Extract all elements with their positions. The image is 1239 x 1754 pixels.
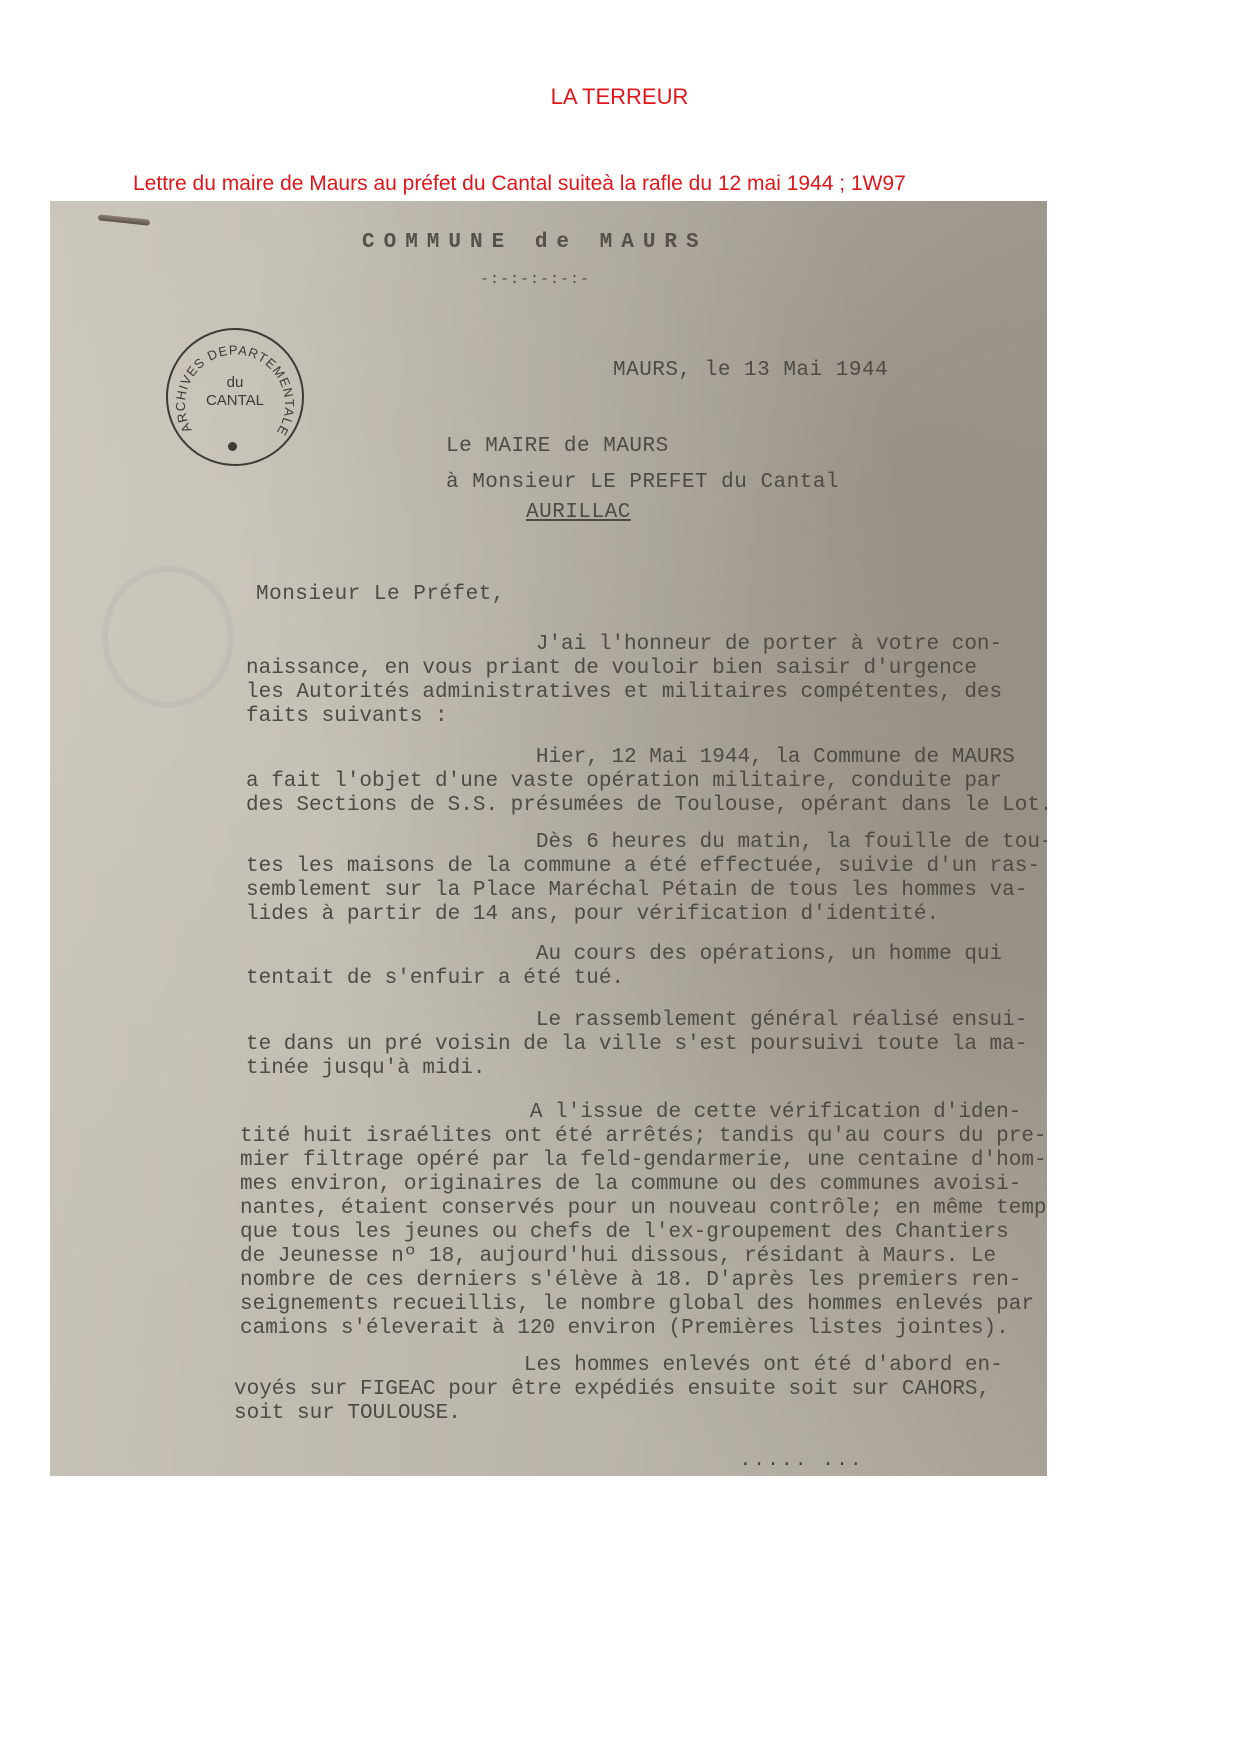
paragraph-line: seignements recueillis, le nombre global… <box>240 1293 1047 1317</box>
page-title: LA TERREUR <box>0 84 1239 110</box>
paragraph-line: Le rassemblement général réalisé ensui- <box>246 1009 1047 1033</box>
paragraph-line: des Sections de S.S. présumées de Toulou… <box>246 794 1047 818</box>
paragraph-line: nombre de ces derniers s'élève à 18. D'a… <box>240 1269 1047 1293</box>
letterhead-rule: -:-:-:-:-:- <box>480 271 590 288</box>
paragraph-line: tité huit israélites ont été arrêtés; ta… <box>240 1125 1047 1149</box>
paragraph-line: Hier, 12 Mai 1944, la Commune de MAURS <box>246 746 1047 770</box>
paragraph-line: te dans un pré voisin de la ville s'est … <box>246 1033 1047 1057</box>
paragraph-7: Les hommes enlevés ont été d'abord en- v… <box>234 1354 1047 1426</box>
paragraph-line: Dès 6 heures du matin, la fouille de tou… <box>246 831 1047 855</box>
document-caption: Lettre du maire de Maurs au préfet du Ca… <box>0 172 1239 196</box>
paragraph-line: tentait de s'enfuir a été tué. <box>246 967 1047 991</box>
paragraph-line: Au cours des opérations, un homme qui <box>246 943 1047 967</box>
paragraph-line: A l'issue de cette vérification d'iden- <box>240 1101 1047 1125</box>
paragraph-4: Au cours des opérations, un homme qui te… <box>246 943 1047 991</box>
paragraph-line: camions s'éleverait à 120 environ (Premi… <box>240 1317 1047 1341</box>
paragraph-line: semblement sur la Place Maréchal Pétain … <box>246 879 1047 903</box>
paragraph-line: faits suivants : <box>246 705 1047 729</box>
continuation-marker: ..... ... <box>740 1451 864 1471</box>
paragraph-line: de Jeunesse nº 18, aujourd'hui dissous, … <box>240 1245 1047 1269</box>
paragraph-line: que tous les jeunes ou chefs de l'ex-gro… <box>240 1221 1047 1245</box>
stamp-cantal: CANTAL <box>168 392 302 410</box>
archives-stamp: ARCHIVES DEPARTEMENTALES du CANTAL <box>166 328 304 466</box>
stamp-du: du <box>168 374 302 392</box>
sender: Le MAIRE de MAURS <box>446 435 669 458</box>
paragraph-line: naissance, en vous priant de vouloir bie… <box>246 657 1047 681</box>
paragraph-line: Les hommes enlevés ont été d'abord en- <box>234 1354 1047 1378</box>
paragraph-line: a fait l'objet d'une vaste opération mil… <box>246 770 1047 794</box>
paragraph-line: mier filtrage opéré par la feld-gendarme… <box>240 1149 1047 1173</box>
paragraph-6: A l'issue de cette vérification d'iden- … <box>240 1101 1047 1341</box>
paragraph-line: mes environ, originaires de la commune o… <box>240 1173 1047 1197</box>
paragraph-line: tinée jusqu'à midi. <box>246 1057 1047 1081</box>
paragraph-line: voyés sur FIGEAC pour être expédiés ensu… <box>234 1378 1047 1402</box>
paragraph-line: les Autorités administratives et militai… <box>246 681 1047 705</box>
dateline: MAURS, le 13 Mai 1944 <box>613 359 888 382</box>
recipient-city: AURILLAC <box>526 501 631 524</box>
paragraph-line: tes les maisons de la commune a été effe… <box>246 855 1047 879</box>
paragraph-line: soit sur TOULOUSE. <box>234 1402 1047 1426</box>
paragraph-line: J'ai l'honneur de porter à votre con- <box>246 633 1047 657</box>
stamp-dot-icon <box>228 442 237 451</box>
faint-stamp-mark <box>102 566 234 708</box>
paragraph-line: nantes, étaient conservés pour un nouvea… <box>240 1197 1047 1221</box>
letter-photo: COMMUNE de MAURS -:-:-:-:-:- MAURS, le 1… <box>50 201 1047 1476</box>
paragraph-2: Hier, 12 Mai 1944, la Commune de MAURS a… <box>246 746 1047 818</box>
letterhead: COMMUNE de MAURS <box>362 231 708 254</box>
paragraph-3: Dès 6 heures du matin, la fouille de tou… <box>246 831 1047 927</box>
paragraph-5: Le rassemblement général réalisé ensui- … <box>246 1009 1047 1081</box>
recipient: à Monsieur LE PREFET du Cantal <box>446 471 839 494</box>
paragraph-1: J'ai l'honneur de porter à votre con- na… <box>246 633 1047 729</box>
paragraph-line: lides à partir de 14 ans, pour vérificat… <box>246 903 1047 927</box>
salutation: Monsieur Le Préfet, <box>256 583 505 606</box>
staple-icon <box>98 214 150 225</box>
